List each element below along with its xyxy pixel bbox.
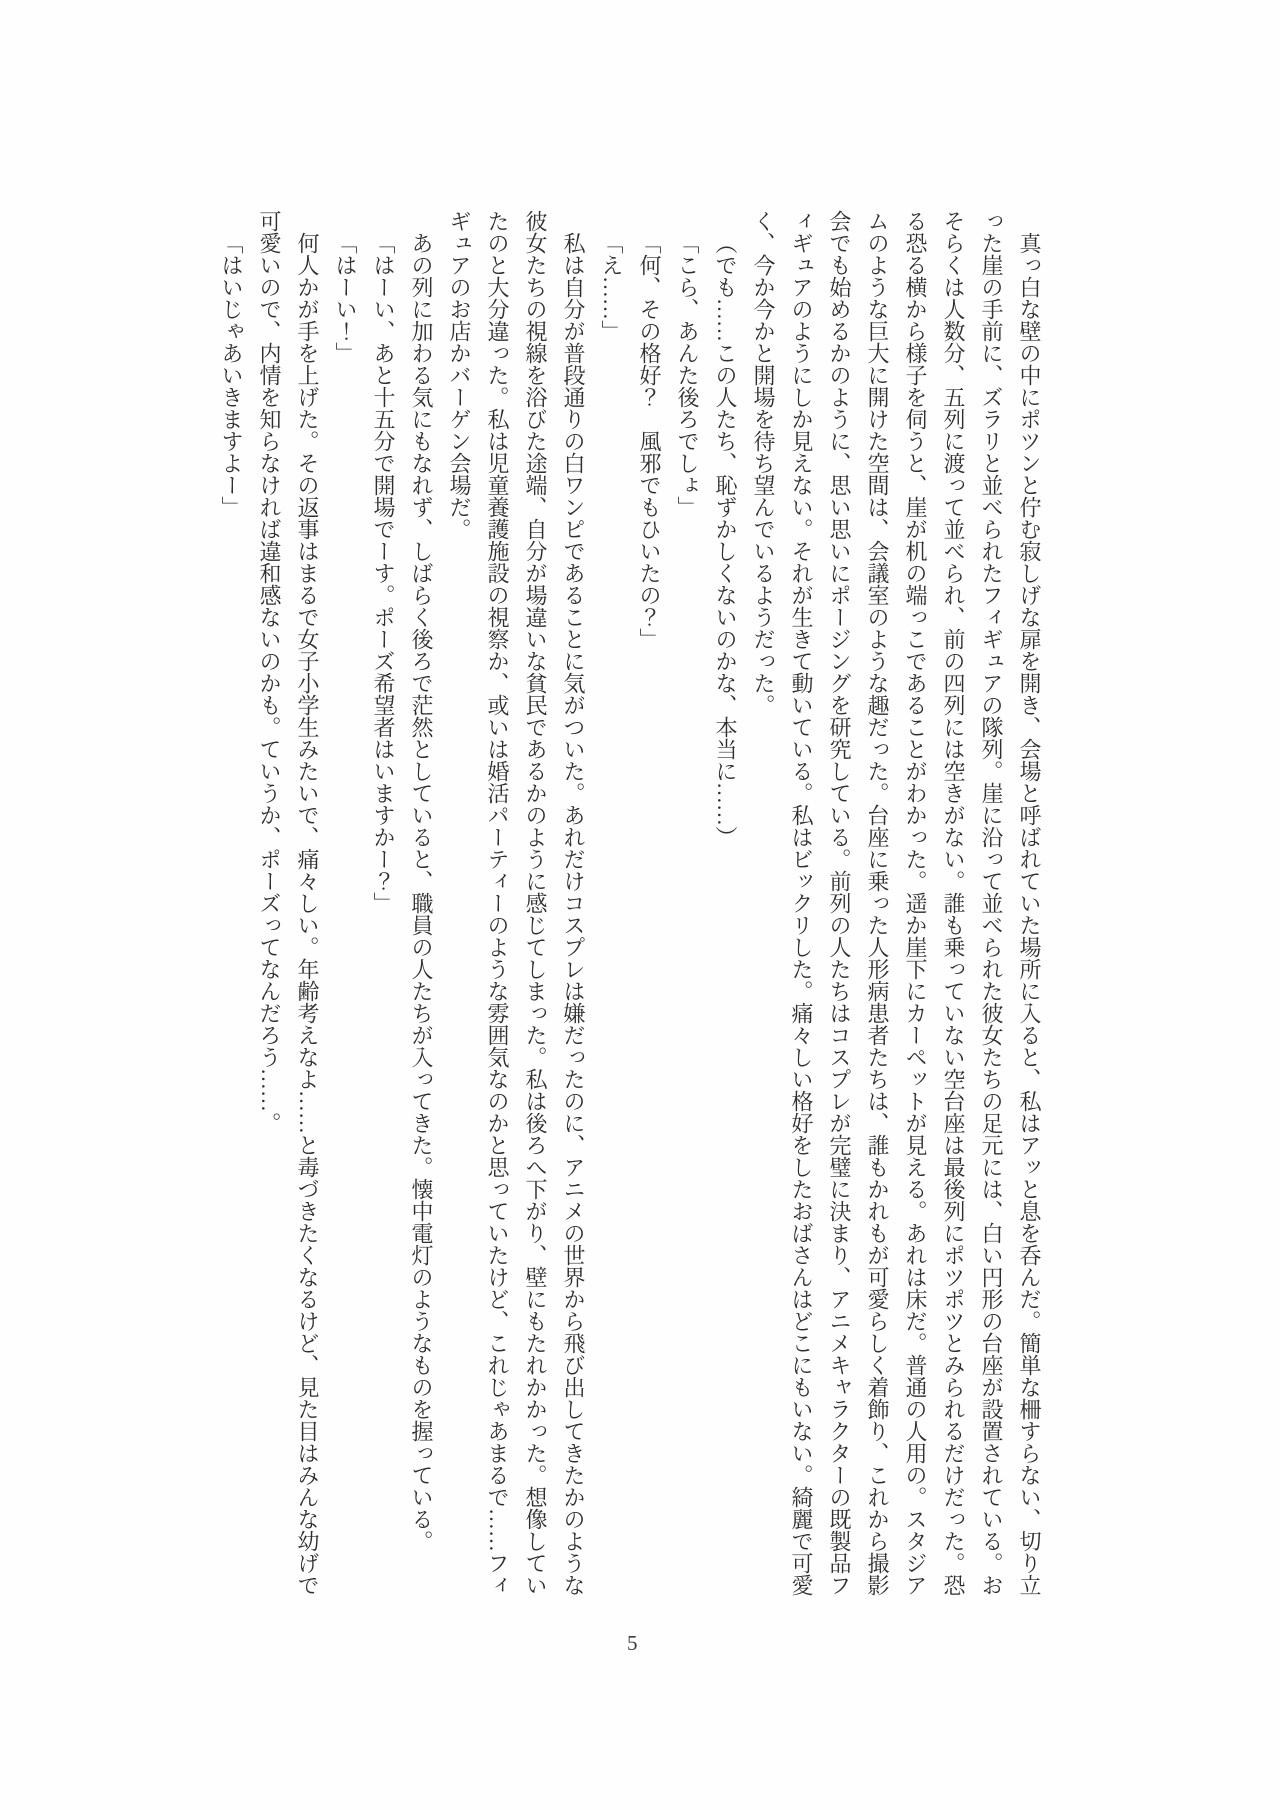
paragraph: 「何、その格好？ 風邪でもひいたの？」	[630, 210, 668, 1600]
paragraph: 「はいじゃあいきますよー」	[212, 210, 250, 1600]
page-number: 5	[627, 1631, 638, 1656]
body-text: 真っ白な壁の中にポツンと佇む寂しげな扉を開き、会場と呼ばれていた場所に入ると、私…	[210, 210, 1048, 1600]
paragraph: （でも……この人たち、恥ずかしくないのかな、本当に……）	[706, 210, 744, 1600]
paragraph: 「え……」	[592, 210, 630, 1600]
paragraph: 何人かが手を上げた。その返事はまるで女子小学生みたいで、痛々しい。年齢考えなよ……	[250, 210, 326, 1600]
paragraph: 私は自分が普段通りの白ワンピであることに気がついた。あれだけコスプレは嫌だったの…	[440, 210, 592, 1600]
paragraph: 「はーい、あと十五分で開場でーす。ポーズ希望者はいますかー？」	[364, 210, 402, 1600]
paragraph: 「こら、あんた後ろでしょ」	[668, 210, 706, 1600]
paragraph: 真っ白な壁の中にポツンと佇む寂しげな扉を開き、会場と呼ばれていた場所に入ると、私…	[744, 210, 1048, 1600]
paragraph: あの列に加わる気にもなれず、しばらく後ろで茫然としていると、職員の人たちが入って…	[402, 210, 440, 1600]
book-page: 真っ白な壁の中にポツンと佇む寂しげな扉を開き、会場と呼ばれていた場所に入ると、私…	[0, 0, 1280, 1810]
paragraph: 「はーい！」	[326, 210, 364, 1600]
